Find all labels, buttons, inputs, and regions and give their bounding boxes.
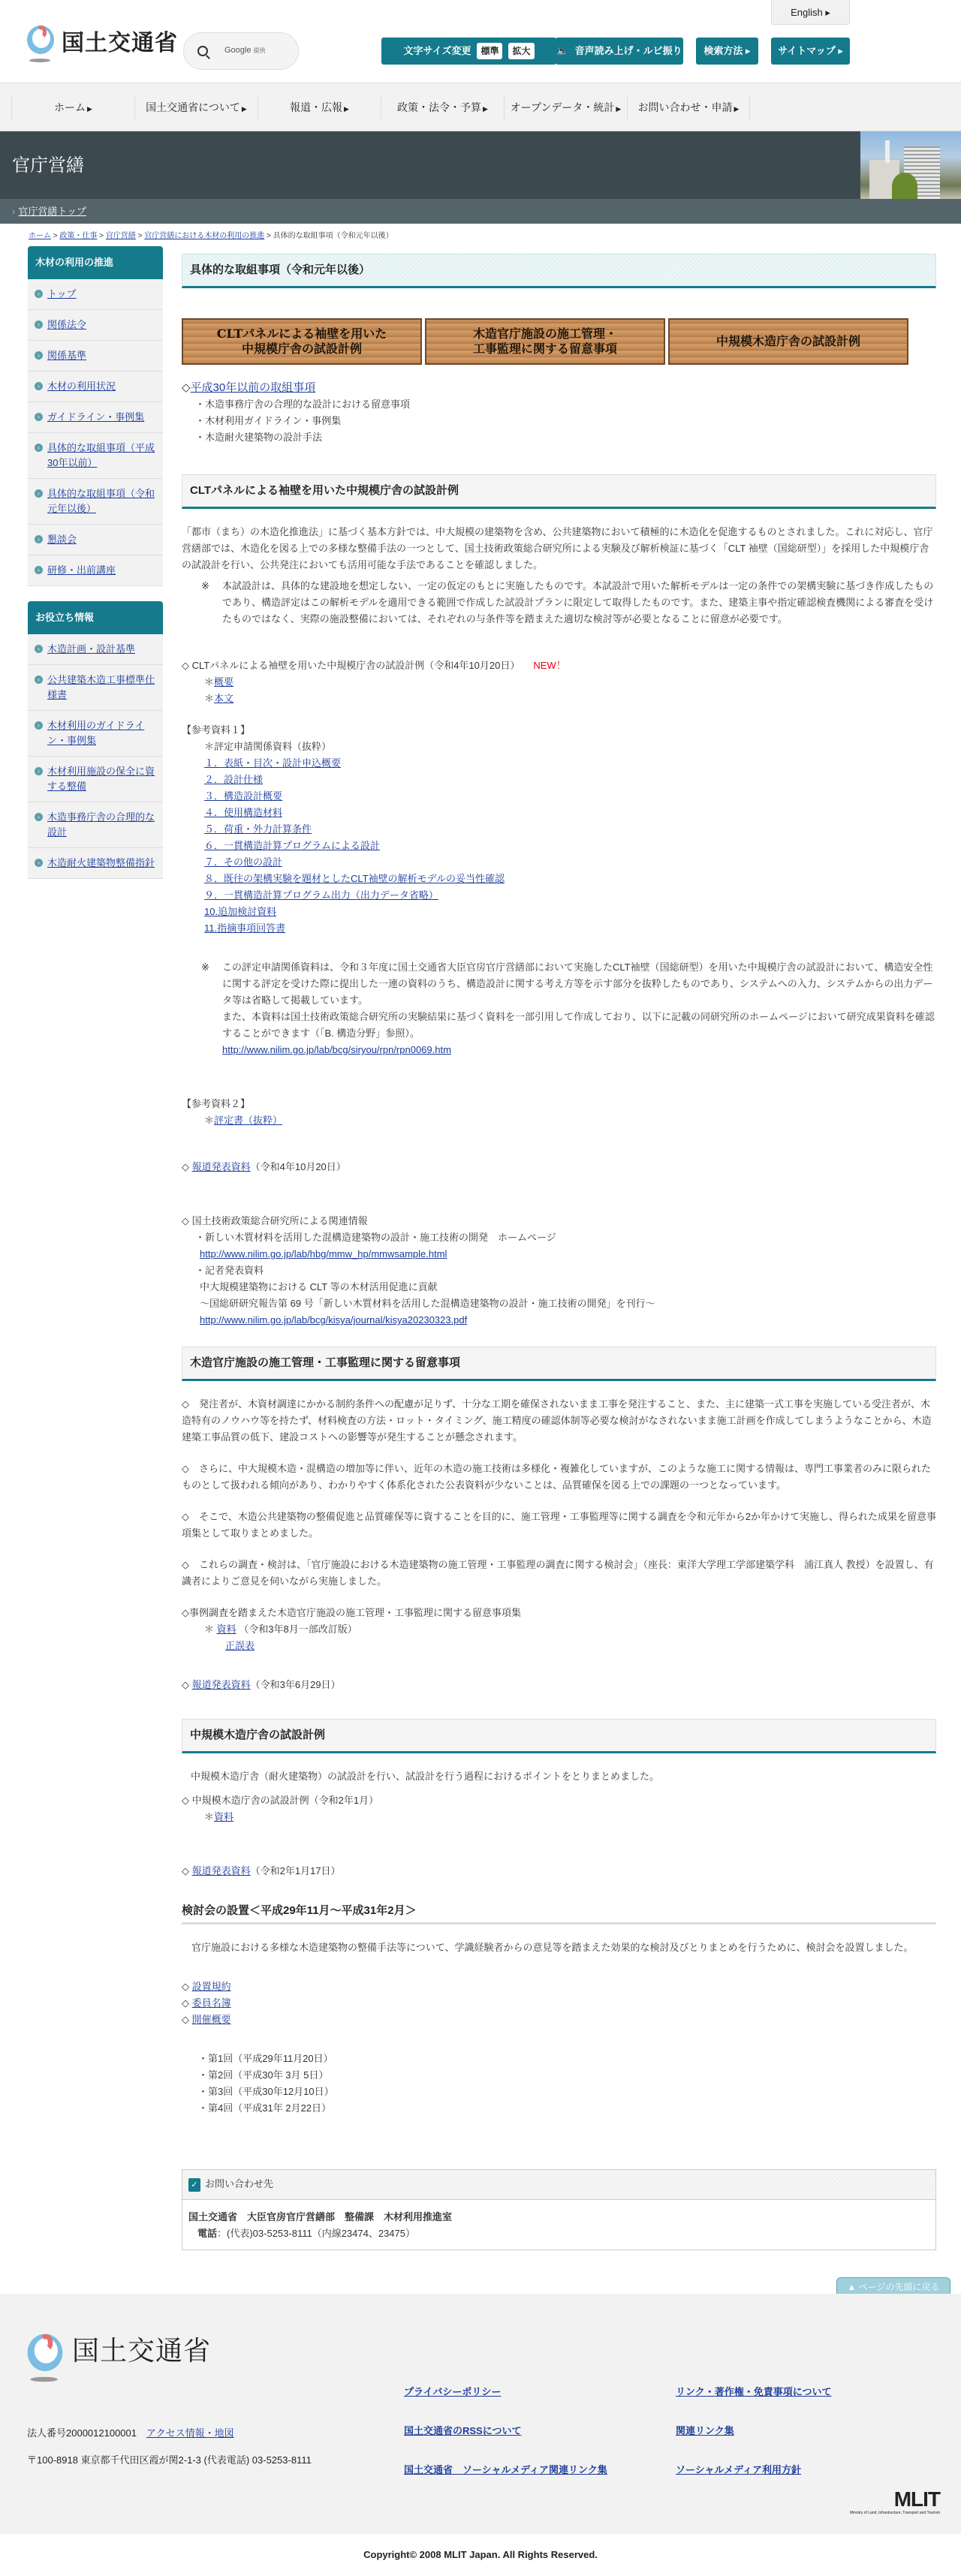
chevron-circle-icon: › [35,813,43,821]
committee-intro: 官庁施設における多様な木造建築物の整備手法等について、学識経験者からの意見等を踏… [182,1940,936,1956]
contact-title: お問い合わせ先 [205,2176,273,2193]
building-photo [860,131,961,199]
arrow-right-icon: ▶ [483,105,488,113]
evaluation-link[interactable]: 評定書（抜粋） [214,1115,282,1126]
global-nav: ホーム▶ 国土交通省について▶ 報道・広報▶ 政策・法令・予算▶ オープンデータ… [0,83,961,131]
midscale-press-link[interactable]: 報道発表資料 [192,1865,251,1876]
chevron-circle-icon: › [35,413,43,421]
rss-link[interactable]: 国土交通省のRSSについて [404,2423,521,2440]
section-heading-construction: 木造官庁施設の施工管理・工事監理に関する留意事項 [182,1347,936,1381]
prev-item: ・木造事務庁舎の合理的な設計における留意事項 [182,396,936,413]
sekou-para: ◇ 発注者が、木資材調達にかかる制約条件への配慮が足りず、十分な工期を確保されな… [182,1396,936,1446]
prev-initiatives-link[interactable]: 平成30年以前の取組事項 [191,381,316,394]
sidebar-item-standards[interactable]: ›関係基準 [28,341,163,372]
sidebar-item-laws[interactable]: ›関係法令 [28,310,163,341]
section-banner: 官庁営繕 [0,131,961,199]
chevron-circle-icon: › [35,645,43,653]
midscale-item: ◇ 中規模木造庁舎の試設計例（令和2年1月） ＊資料 [182,1792,936,1825]
up-arrow-icon: ▲ [848,2282,859,2292]
speaker-icon: 🔈 [556,43,568,60]
ref1-link[interactable]: 11.指摘事項回答書 [204,920,936,937]
ref1-link[interactable]: ６．一貫構造計算プログラムによる設計 [204,838,936,854]
sidebar-box-useful: お役立ち情報 ›木造計画・設計基準 ›公共建築木造工事標準仕様書 ›木材利用のガ… [28,601,163,879]
ref1: 【参考資料１】 ＊評定申請関係資料（抜粋） １．表紙・目次・設計申込概要 ２．設… [182,722,936,1058]
main-content: 具体的な取組事項（令和元年以後） CLTパネルによる袖壁を用いた中規模庁舎の試設… [182,246,936,2250]
gnav-home[interactable]: ホーム▶ [11,95,134,120]
arrow-right-icon: ▶ [344,105,349,113]
read-aloud-button[interactable]: 🔈 音声読み上げ・ルビ振り [556,38,683,65]
clt-intro: 「都市（まち）の木造化推進法」に基づく基本方針では、中大規模の建築物を含め、公共… [182,524,936,573]
gnav-contact[interactable]: お問い合わせ・申請▶ [627,95,750,120]
sidebar-item-fireproof[interactable]: ›木造耐火建築物整備指針 [28,848,163,879]
nilim-hp-link[interactable]: http://www.nilim.go.jp/lab/hbg/mmw_hp/mm… [200,1248,447,1259]
privacy-link[interactable]: プライバシーポリシー [404,2384,501,2401]
copyright-link[interactable]: リンク・著作権・免責事項について [676,2384,831,2401]
ref1-link[interactable]: 10.追加検討資料 [204,904,936,920]
clt-summary-link[interactable]: 概要 [214,676,233,688]
sidebar-item-initiatives-after-r1[interactable]: ›具体的な取組事項（令和元年以後） [28,479,163,525]
contact-org: 国土交通省 大臣官房官庁営繕部 整備課 木材利用推進室 [188,2209,929,2225]
breadcrumb-current: 具体的な取組事項（令和元年以後） [273,232,393,240]
prev-initiatives: ◇平成30年以前の取組事項 ・木造事務庁舎の合理的な設計における留意事項 ・木材… [182,380,936,446]
social-links-link[interactable]: 国土交通省 ソーシャルメディア関連リンク集 [404,2462,607,2479]
clt-press: ◇ 報道発表資料（令和4年10月20日） [182,1159,936,1175]
font-size-control: 文字サイズ変更 標準 拡大 [381,38,556,65]
sidebar-item-wood-guidelines[interactable]: ›木材利用のガイドライン・事例集 [28,711,163,757]
copyright: Copyright© 2008 MLIT Japan. All Rights R… [0,2534,961,2576]
section-heading-clt: CLTパネルによる袖壁を用いた中規模庁舎の試設計例 [182,474,936,509]
errata-link[interactable]: 正誤表 [225,1640,255,1651]
search-method-button[interactable]: 検索方法 ▸ [696,38,758,65]
sidebar-item-usage[interactable]: ›木材の利用状況 [28,372,163,402]
arrow-right-icon: ▶ [242,105,247,113]
gnav-press[interactable]: 報道・広報▶ [258,95,381,120]
breadcrumb: ホーム > 政策・仕事 > 官庁営繕 > 官庁営繕における木材の利用の推進 > … [0,224,961,246]
sidebar-item-council[interactable]: ›懇談会 [28,525,163,555]
sitemap-button[interactable]: サイトマップ ▸ [771,38,850,65]
phone-icon: ✓ [188,2178,200,2192]
chevron-circle-icon: › [35,566,43,574]
contact-box: ✓ お問い合わせ先 国土交通省 大臣官房官庁営繕部 整備課 木材利用推進室 電話… [182,2169,936,2250]
sidebar-item-spec[interactable]: ›公共建築木造工事標準仕様書 [28,665,163,711]
sidebar-heading: 木材の利用の推進 [28,246,163,279]
ref1-link[interactable]: ２．設計仕様 [204,772,936,788]
breadcrumb-policy[interactable]: 政策・仕事 [59,232,97,240]
arrow-right-icon: ▶ [87,105,92,113]
contact-tel: ：(代表)03-5253-8111（内線23474、23475） [217,2228,415,2239]
committee-overview-link[interactable]: 開催概要 [192,2014,231,2025]
sidebar-item-rational-design[interactable]: ›木造事務庁舎の合理的な設計 [28,802,163,848]
search-provider: 提供 [253,47,265,54]
chevron-circle-icon: › [35,382,43,390]
ref1-link[interactable]: ９．一貫構造計算プログラム出力（出力データ省略） [204,887,936,904]
chevron-circle-icon: › [35,444,43,452]
chevron-circle-icon: › [35,489,43,498]
section-title: 官庁営繕 [12,150,84,182]
search-input[interactable]: Google提供 [183,32,299,70]
corp-number: 法人番号2000012100001 [27,2427,137,2439]
ref1-link[interactable]: ８．既往の架構実験を題材としたCLT袖壁の解析モデルの妥当性確認 [204,871,936,887]
sidebar-item-guidelines[interactable]: ›ガイドライン・事例集 [28,402,163,433]
sidebar-item-training[interactable]: ›研修・出前講座 [28,555,163,586]
sekou-para: ◇ さらに、中大規模木造・混構造の増加等に伴い、近年の木造の施工技術は多様化・複… [182,1461,936,1494]
footer-address: 〒100-8918 東京都千代田区霞が関2-1-3 (代表電話) 03-5253… [27,2453,312,2468]
mlit-logo-icon [26,2332,65,2383]
ref1-link[interactable]: ５．荷重・外力計算条件 [204,821,936,838]
clt-body-link[interactable]: 本文 [214,693,233,704]
midscale-intro: 中規模木造庁舎（耐火建築物）の試設計を行い、試設計を行う過程におけるポイントをと… [182,1768,936,1785]
chevron-circle-icon: › [35,290,43,298]
wood-button-clt[interactable]: CLTパネルによる袖壁を用いた中規模庁舎の試設計例 [182,318,422,365]
mlit-wordmark: MLIT Ministry of Land, Infrastructure, T… [850,2489,940,2517]
chevron-circle-icon: › [35,767,43,775]
chevron-right-icon: › [12,206,15,217]
ref1-link[interactable]: ７．その他の設計 [204,854,936,871]
logo-text: 国土交通省 [62,24,178,64]
search-icon [197,46,208,56]
committee-rules-link[interactable]: 設置規約 [192,1981,231,1992]
english-button[interactable]: English ▸ [771,0,850,25]
sidebar-item-maintenance[interactable]: ›木材利用施設の保全に資する整備 [28,757,163,802]
clt-item: ◇ CLTパネルによる袖壁を用いた中規模庁舎の試設計例（令和4年10月20日）N… [182,658,936,707]
midscale-press: ◇ 報道発表資料（令和2年1月17日） [182,1863,936,1879]
breadcrumb-home[interactable]: ホーム [29,232,51,240]
ref1-list: １．表紙・目次・設計申込概要 ２．設計仕様 ３．構造設計概要 ４．使用構造材料 … [182,755,936,937]
sidebar-item-design-standard[interactable]: ›木造計画・設計基準 [28,634,163,665]
committee-links: ◇ 設置規約 ◇ 委員名簿 ◇ 開催概要 [182,1979,936,2028]
chevron-circle-icon: › [35,535,43,543]
related-links-link[interactable]: 関連リンク集 [676,2423,734,2440]
meeting-list: ・第1回（平成29年11月20日） ・第2回（平成30年 3月 5日） ・第3回… [182,2051,936,2117]
gnav-opendata[interactable]: オープンデータ・統計▶ [504,95,627,120]
clt-note: ※本試設計は、具体的な建設地を想定しない、一定の仮定のもとに実施したものです。本… [182,578,936,627]
sekou-press: ◇ 報道発表資料（令和3年6月29日） [182,1677,936,1693]
ref1-link[interactable]: ４．使用構造材料 [204,805,936,821]
search-placeholder: Google [224,46,251,55]
chevron-circle-icon: › [35,721,43,730]
sidebar-heading: お役立ち情報 [28,601,163,634]
sidebar-box-wood: 木材の利用の推進 ›トップ ›関係法令 ›関係基準 ›木材の利用状況 ›ガイドラ… [28,246,163,586]
sidebar-item-initiatives-before-h30[interactable]: ›具体的な取組事項（平成30年以前） [28,433,163,479]
section-top-link[interactable]: 官庁営繕トップ [18,206,86,217]
footer-info: 法人番号2000012100001 アクセス情報・地図 〒100-8918 東京… [27,2426,312,2468]
site-footer: 国土交通省 法人番号2000012100001 アクセス情報・地図 〒100-8… [0,2294,961,2534]
sekou-doc-link[interactable]: 資料 [217,1624,236,1635]
gnav-about[interactable]: 国土交通省について▶ [134,95,258,120]
ref1-link[interactable]: ３．構造設計概要 [204,788,936,805]
sekou-press-link[interactable]: 報道発表資料 [192,1679,251,1690]
breadcrumb-eizen[interactable]: 官庁営繕 [106,232,136,240]
arrow-right-icon: ▶ [734,105,740,113]
sekou-para: ◇ そこで、木造公共建築物の整備促進と品質確保等に資することを目的に、施工管理・… [182,1509,936,1542]
nilim-press-link[interactable]: http://www.nilim.go.jp/lab/bcg/kisya/jou… [200,1314,467,1326]
font-size-label: 文字サイズ変更 [404,43,471,60]
clt-press-link[interactable]: 報道発表資料 [192,1161,251,1172]
mlit-logo[interactable]: 国土交通省 [26,24,178,64]
sidebar-item-top[interactable]: ›トップ [28,279,163,310]
footer-logo[interactable]: 国土交通省 [26,2328,211,2375]
gnav-policy[interactable]: 政策・法令・予算▶ [381,95,504,120]
ref2: 【参考資料２】 ＊評定書（抜粋） [182,1096,936,1129]
breadcrumb-wood[interactable]: 官庁営繕における木材の利用の推進 [144,232,264,240]
access-link[interactable]: アクセス情報・地図 [146,2427,234,2439]
sekou-collection: ◇事例調査を踏まえた木造官庁施設の施工管理・工事監理に関する留意事項集 ＊ 資料… [182,1605,936,1654]
section-heading-committee: 検討会の設置＜平成29年11月～平成31年2月＞ [182,1897,936,1924]
chevron-circle-icon: › [35,351,43,360]
font-large-button[interactable]: 拡大 [508,43,534,59]
prev-item: ・木材利用ガイドライン・事例集 [182,413,936,429]
font-standard-button[interactable]: 標準 [477,43,502,59]
sidebar: 木材の利用の推進 ›トップ ›関係法令 ›関係基準 ›木材の利用状況 ›ガイドラ… [28,246,163,2250]
site-header: 国土交通省 Google提供 English ▸ 文字サイズ変更 標準 拡大 🔈… [0,0,961,83]
nilim-rpn-link[interactable]: http://www.nilim.go.jp/lab/bcg/siryou/rp… [222,1044,451,1055]
arrow-right-icon: ▶ [616,105,621,113]
chevron-circle-icon: › [35,320,43,329]
sekou-para: ◇ これらの調査・検討は、「官庁施設における木造建築物の施工管理・工事監理の調査… [182,1557,936,1590]
mlit-logo-icon [26,24,56,63]
ref1-link[interactable]: １．表紙・目次・設計申込概要 [204,755,936,772]
committee-members-link[interactable]: 委員名簿 [192,1997,231,2009]
new-badge: NEW！ [533,660,565,671]
social-policy-link[interactable]: ソーシャルメディア利用方針 [676,2462,801,2479]
wood-button-construction[interactable]: 木造官庁施設の施工管理・工事監理に関する留意事項 [425,318,665,365]
read-aloud-label: 音声読み上げ・ルビ振り [575,43,682,60]
chevron-circle-icon: › [35,859,43,867]
nilim-info: ◇ 国土技術政策総合研究所による関連情報 ・新しい木質材料を活用した混構造建築物… [182,1213,936,1329]
ref1-note: ※ この評定申請関係資料は、令和３年度に国土交通省大臣官房官庁営繕部において実施… [182,959,936,1058]
wood-banner-row: CLTパネルによる袖壁を用いた中規模庁舎の試設計例 木造官庁施設の施工管理・工事… [182,318,936,365]
midscale-doc-link[interactable]: 資料 [214,1811,233,1822]
section-subbar: ›官庁営繕トップ [0,199,961,224]
page-title: 具体的な取組事項（令和元年以後） [182,254,936,288]
prev-item: ・木造耐火建築物の設計手法 [182,429,936,446]
chevron-circle-icon: › [35,676,43,684]
section-heading-midscale: 中規模木造庁舎の試設計例 [182,1719,936,1753]
wood-button-midscale[interactable]: 中規模木造庁舎の試設計例 [668,318,908,365]
